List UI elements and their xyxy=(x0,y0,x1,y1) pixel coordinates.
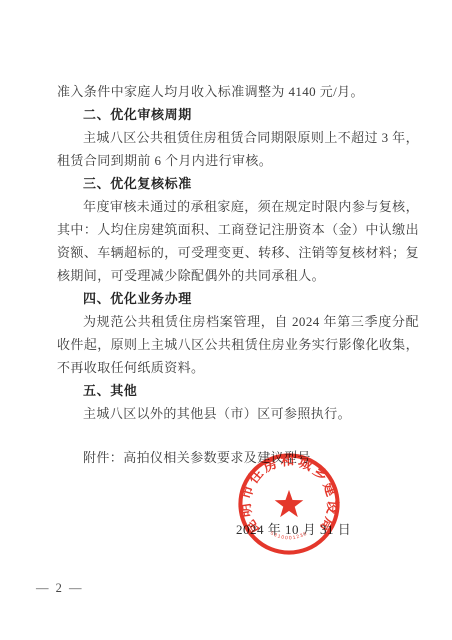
document-page: 准入条件中家庭人均月收入标准调整为 4140 元/月。 二、优化审核周期 主城八… xyxy=(0,0,452,640)
section-2-paragraph: 主城八区公共租赁住房租赁合同期限原则上不超过 3 年，租赁合同到期前 6 个月内… xyxy=(57,126,419,172)
section-heading-4: 四、优化业务办理 xyxy=(57,287,419,310)
section-4-paragraph: 为规范公共租赁住房档案管理，自 2024 年第三季度分配收件起，原则上主城八区公… xyxy=(57,310,419,379)
section-3-paragraph: 年度审核未通过的承租家庭，须在规定时限内参与复核，其中：人均住房建筑面积、工商登… xyxy=(57,195,419,287)
section-heading-5: 五、其他 xyxy=(57,379,419,402)
attachment-line: 附件：高拍仪相关参数要求及建议型号 xyxy=(57,446,419,469)
issue-date: 2024 年 10 月 31 日 xyxy=(236,519,351,538)
document-body: 准入条件中家庭人均月收入标准调整为 4140 元/月。 二、优化审核周期 主城八… xyxy=(57,80,419,469)
section-5-paragraph: 主城八区以外的其他县（市）区可参照执行。 xyxy=(57,402,419,425)
section-heading-2: 二、优化审核周期 xyxy=(57,103,419,126)
seal-ring xyxy=(240,455,337,552)
page-number: — 2 — xyxy=(36,581,84,596)
seal-star-icon xyxy=(275,490,304,517)
section-heading-3: 三、优化复核标准 xyxy=(57,172,419,195)
continuation-paragraph: 准入条件中家庭人均月收入标准调整为 4140 元/月。 xyxy=(57,80,419,103)
